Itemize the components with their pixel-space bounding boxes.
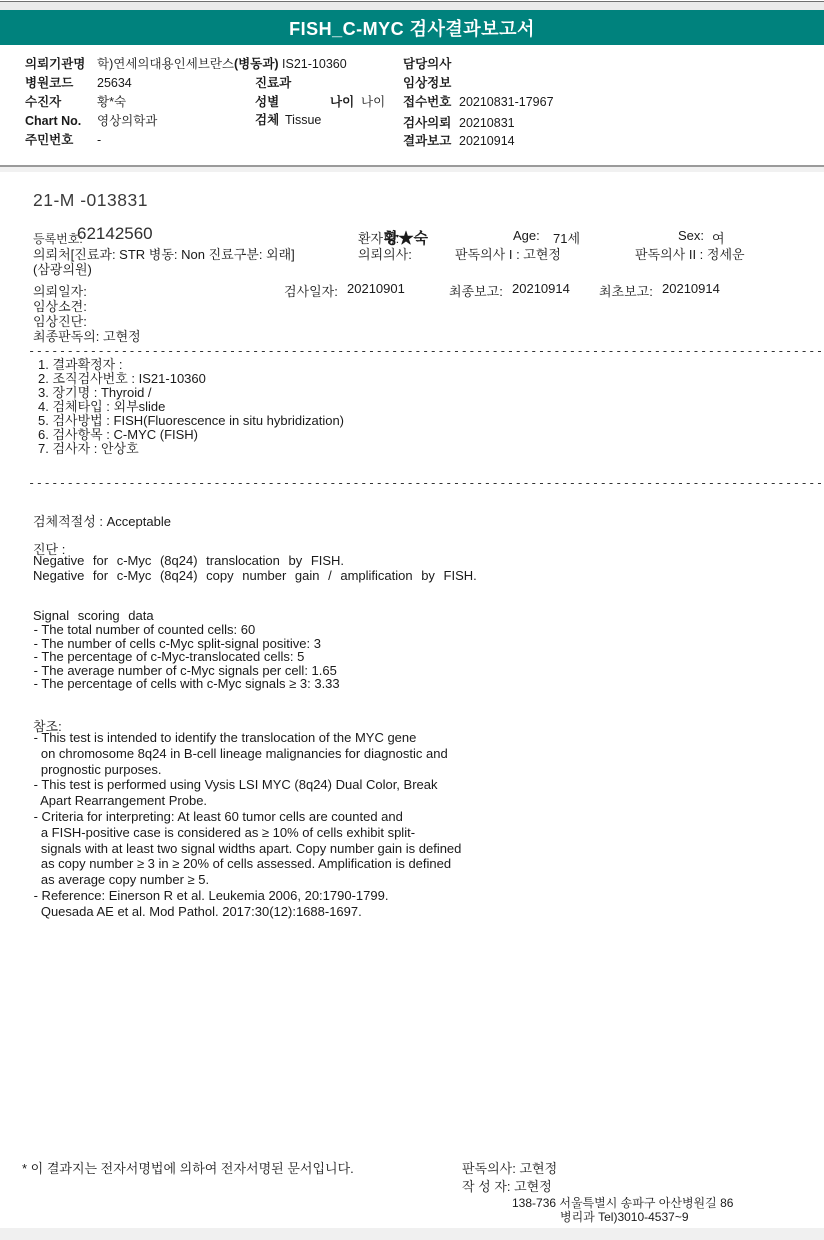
org-value-b: (병동과) bbox=[234, 57, 279, 71]
reader1-value: 고현정 bbox=[523, 247, 561, 262]
final-reader: 최종판독의: 고현정 bbox=[33, 326, 141, 345]
reader1-label: 판독의사 I : bbox=[455, 247, 523, 262]
separator-line-2: ----------------------------------------… bbox=[28, 476, 824, 490]
specimen-value: Tissue bbox=[285, 113, 321, 127]
info-header: 의뢰기관명 학)연세의대용인세브란스(병동과) IS21-10360 병원코드 … bbox=[0, 45, 824, 165]
age-value: 나이 bbox=[361, 95, 385, 109]
title-bar: FISH_C-MYC 검사결과보고서 bbox=[0, 10, 824, 45]
reference-lines: - This test is intended to identify the … bbox=[30, 730, 461, 920]
hosp-code-value: 25634 bbox=[97, 76, 132, 90]
report-date-label: 결과보고 bbox=[403, 134, 451, 148]
patient-value: 황*숙 bbox=[97, 95, 126, 109]
dept-label: 진료과 bbox=[255, 76, 291, 90]
org-label: 의뢰기관명 bbox=[25, 57, 85, 71]
top-strip bbox=[0, 1, 824, 10]
rrn-value: - bbox=[97, 133, 101, 147]
ref-doctor-label: 의뢰의사: bbox=[358, 244, 412, 263]
report-date-value: 20210914 bbox=[459, 134, 515, 148]
bottom-strip bbox=[0, 1228, 824, 1240]
reader2-value: 정세운 bbox=[707, 247, 745, 262]
exam-date-label: 검사일자: bbox=[284, 281, 338, 300]
specimen-label: 검체 bbox=[255, 113, 279, 127]
header-divider bbox=[0, 165, 824, 172]
reader2-label: 판독의사 II : bbox=[635, 247, 707, 262]
sex-field-label: Sex: bbox=[678, 228, 704, 243]
final-report-label: 최종보고: bbox=[449, 281, 503, 300]
org-value: 학)연세의대용인세브란스(병동과) IS21-10360 bbox=[97, 57, 347, 71]
reg-no-value: 62142560 bbox=[77, 224, 153, 244]
sex-label: 성별 bbox=[255, 95, 279, 109]
final-report-value: 20210914 bbox=[512, 281, 570, 296]
referrer2: (삼광의원) bbox=[33, 259, 92, 278]
footer-writer: 작 성 자: 고현정 bbox=[462, 1176, 552, 1195]
reader1: 판독의사 I : 고현정 bbox=[455, 244, 561, 263]
page-title: FISH_C-MYC 검사결과보고서 bbox=[289, 15, 535, 41]
accept-no-label: 접수번호 bbox=[403, 95, 451, 109]
rrn-label: 주민번호 bbox=[25, 133, 73, 147]
doctor-label: 담당의사 bbox=[403, 57, 451, 71]
accept-no-value: 20210831-17967 bbox=[459, 95, 554, 109]
specimen-adequacy: 검체적절성 : Acceptable bbox=[33, 511, 171, 530]
scoring-lines: - The total number of counted cells: 60 … bbox=[30, 623, 340, 691]
report-number: 21-M -013831 bbox=[33, 190, 148, 211]
report-page: FISH_C-MYC 검사결과보고서 의뢰기관명 학)연세의대용인세브란스(병동… bbox=[0, 0, 824, 1240]
hosp-code-label: 병원코드 bbox=[25, 76, 73, 90]
footer-address-2: 병리과 Tel)3010-4537~9 bbox=[560, 1208, 689, 1225]
patient-label: 수진자 bbox=[25, 95, 61, 109]
diagnosis-lines: Negative for c-Myc (8q24) translocation … bbox=[33, 553, 477, 583]
request-date-value: 20210831 bbox=[459, 116, 515, 130]
first-report-value: 20210914 bbox=[662, 281, 720, 296]
request-date-label: 검사의뢰 bbox=[403, 116, 451, 130]
esign-note: * 이 결과지는 전자서명법에 의하여 전자서명된 문서입니다. bbox=[22, 1158, 354, 1177]
scoring-title: Signal scoring data bbox=[33, 608, 154, 623]
chart-no-value: 영상의학과 bbox=[97, 114, 157, 128]
org-value-a: 학)연세의대용인세브란스 bbox=[97, 57, 234, 71]
exam-date-value: 20210901 bbox=[347, 281, 405, 296]
org-value-c: IS21-10360 bbox=[282, 57, 347, 71]
reader2: 판독의사 II : 정세운 bbox=[635, 244, 745, 263]
chart-no-label: Chart No. bbox=[25, 114, 81, 128]
test-info-list: 1. 결과확정자 : 2. 조직검사번호 : IS21-10360 3. 장기명… bbox=[38, 358, 344, 456]
clinical-label: 임상정보 bbox=[403, 76, 451, 90]
separator-line-1: ----------------------------------------… bbox=[28, 344, 824, 358]
first-report-label: 최초보고: bbox=[599, 281, 653, 300]
age-field-label: Age: bbox=[513, 228, 540, 243]
report-content: 21-M -013831 등록번호: 62142560 환자명: 황★숙 Age… bbox=[0, 172, 824, 1228]
footer-reader: 판독의사: 고현정 bbox=[462, 1158, 557, 1177]
age-label: 나이 bbox=[330, 95, 354, 109]
